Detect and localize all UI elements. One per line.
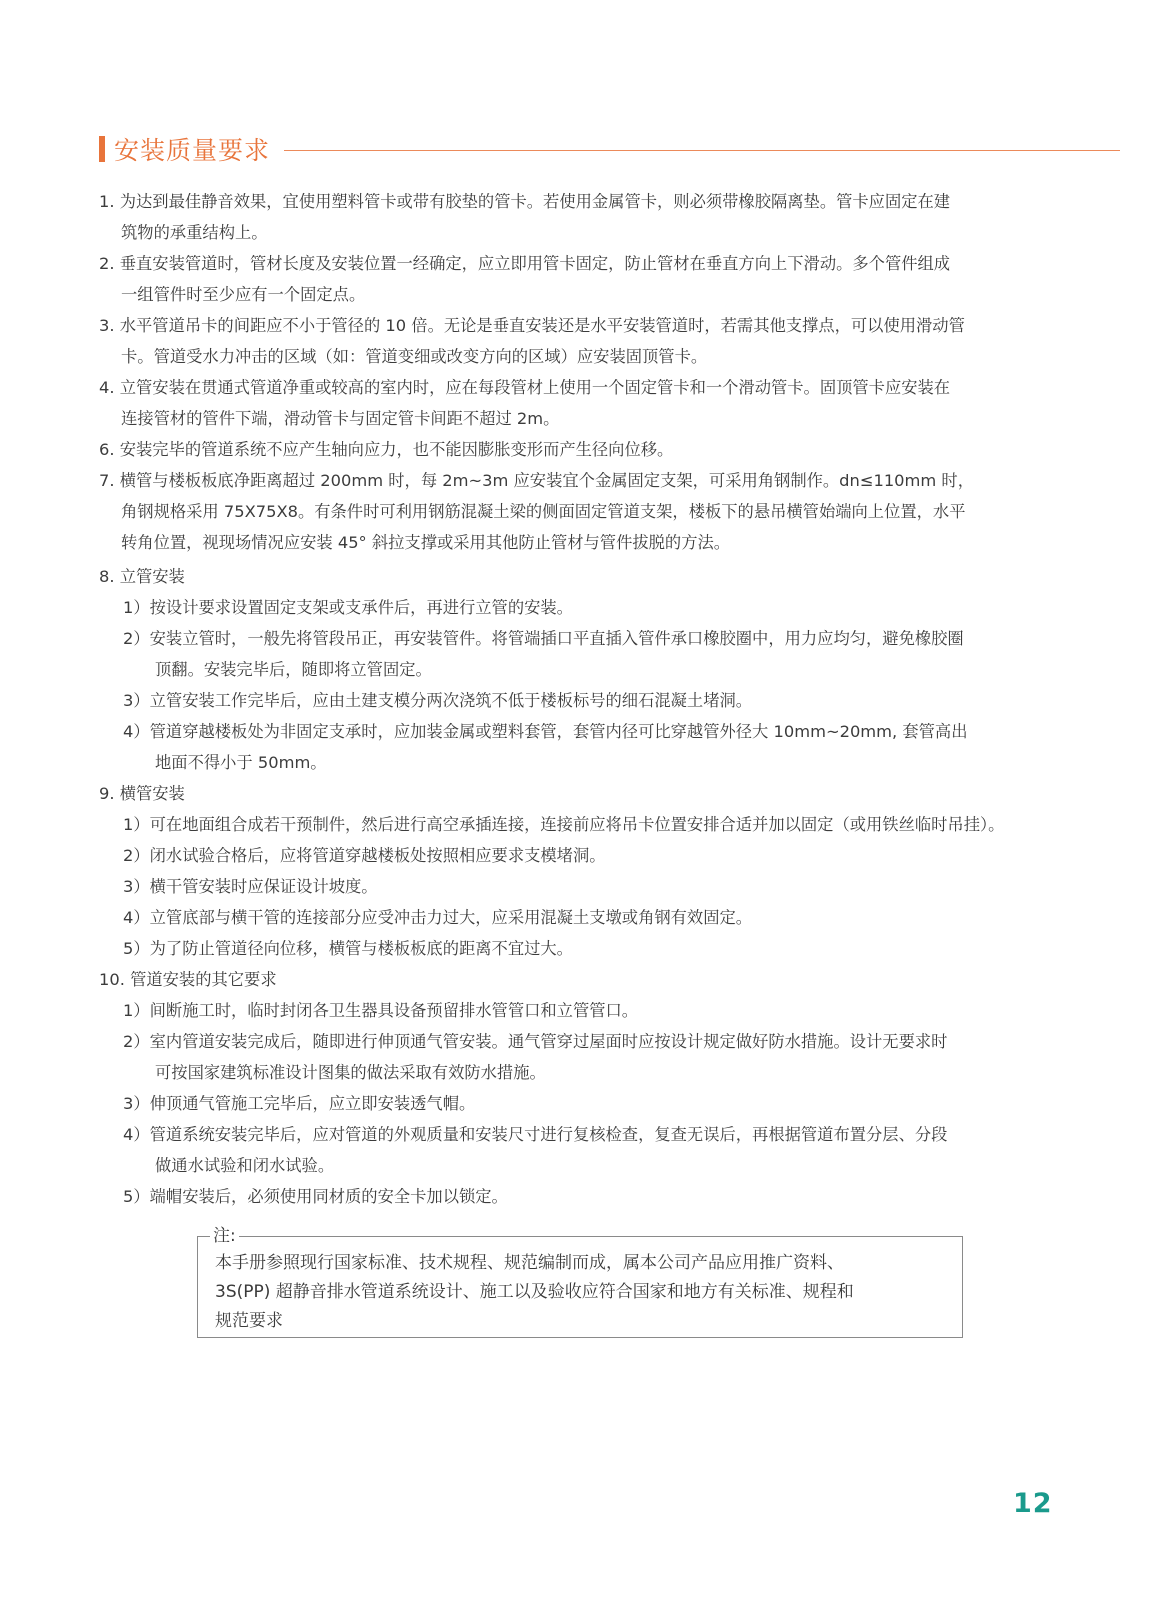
subitem-text: 地面不得小于 50mm。 <box>99 747 1099 778</box>
group-heading: 8. 立管安装 <box>99 561 1099 592</box>
item-number: 1. <box>99 192 115 211</box>
subitem-text: 2）安装立管时，一般先将管段吊正，再安装管件。将管端插口平直插入管件承口橡胶圈中… <box>99 623 1099 654</box>
subitem-text: 顶翻。安装完毕后，随即将立管固定。 <box>99 654 1099 685</box>
note-box: 注: 本手册参照现行国家标准、技术规程、规范编制而成，属本公司产品应用推广资料、… <box>197 1236 963 1338</box>
subitem-text: 可按国家建筑标准设计图集的做法采取有效防水措施。 <box>99 1057 1099 1088</box>
subitem-text: 4）立管底部与横干管的连接部分应受冲击力过大，应采用混凝土支墩或角钢有效固定。 <box>99 902 1099 933</box>
group-heading: 9. 横管安装 <box>99 778 1099 809</box>
item-text: 卡。管道受水力冲击的区域（如：管道变细或改变方向的区域）应安装固顶管卡。 <box>99 341 1099 372</box>
subitem-text: 4）管道穿越楼板处为非固定支承时，应加装金属或塑料套管，套管内径可比穿越管外径大… <box>99 716 1099 747</box>
item-text: 安装完毕的管道系统不应产生轴向应力，也不能因膨胀变形而产生径向位移。 <box>120 440 674 459</box>
subitem-text: 1）间断施工时，临时封闭各卫生器具设备预留排水管管口和立管管口。 <box>99 995 1099 1026</box>
note-line: 3S(PP) 超静音排水管道系统设计、施工以及验收应符合国家和地方有关标准、规程… <box>215 1278 965 1307</box>
item-text: 横管与楼板板底净距离超过 200mm 时，每 2m~3m 应安装宜个金属固定支架… <box>120 471 974 490</box>
item-text: 连接管材的管件下端，滑动管卡与固定管卡间距不超过 2m。 <box>99 403 1099 434</box>
list-item: 1. 为达到最佳静音效果，宜使用塑料管卡或带有胶垫的管卡。若使用金属管卡，则必须… <box>99 186 1099 248</box>
subitem-text: 3）伸顶通气管施工完毕后，应立即安装透气帽。 <box>99 1088 1099 1119</box>
section-header: 安装质量要求 <box>99 131 1120 167</box>
item-number: 4. <box>99 378 115 397</box>
note-text: 本手册参照现行国家标准、技术规程、规范编制而成，属本公司产品应用推广资料、 3S… <box>215 1249 965 1336</box>
item-text: 立管安装在贯通式管道净重或较高的室内时，应在每段管材上使用一个固定管卡和一个滑动… <box>120 378 950 397</box>
item-text: 筑物的承重结构上。 <box>99 217 1099 248</box>
subitem-text: 5）为了防止管道径向位移，横管与楼板板底的距离不宜过大。 <box>99 933 1099 964</box>
requirements-list: 1. 为达到最佳静音效果，宜使用塑料管卡或带有胶垫的管卡。若使用金属管卡，则必须… <box>99 186 1099 1212</box>
subitem-text: 3）立管安装工作完毕后，应由土建支模分两次浇筑不低于楼板标号的细石混凝土堵洞。 <box>99 685 1099 716</box>
group-other-requirements: 10. 管道安装的其它要求 1）间断施工时，临时封闭各卫生器具设备预留排水管管口… <box>99 964 1099 1212</box>
subitem-text: 2）闭水试验合格后，应将管道穿越楼板处按照相应要求支模堵洞。 <box>99 840 1099 871</box>
item-text: 角钢规格采用 75X75X8。有条件时可利用钢筋混凝土梁的侧面固定管道支架，楼板… <box>99 496 1099 527</box>
list-item: 6. 安装完毕的管道系统不应产生轴向应力，也不能因膨胀变形而产生径向位移。 <box>99 434 1099 465</box>
list-item: 2. 垂直安装管道时，管材长度及安装位置一经确定，应立即用管卡固定，防止管材在垂… <box>99 248 1099 310</box>
subitem-text: 3）横干管安装时应保证设计坡度。 <box>99 871 1099 902</box>
item-text: 水平管道吊卡的间距应不小于管径的 10 倍。无论是垂直安装还是水平安装管道时，若… <box>120 316 965 335</box>
note-label: 注: <box>210 1225 239 1247</box>
group-horizontal-pipe-installation: 9. 横管安装 1）可在地面组合成若干预制件，然后进行高空承插连接，连接前应将吊… <box>99 778 1099 964</box>
subitem-text: 1）按设计要求设置固定支架或支承件后，再进行立管的安装。 <box>99 592 1099 623</box>
group-heading: 10. 管道安装的其它要求 <box>99 964 1099 995</box>
subitem-text: 4）管道系统安装完毕后，应对管道的外观质量和安装尺寸进行复核检查，复查无误后，再… <box>99 1119 1099 1150</box>
list-item: 3. 水平管道吊卡的间距应不小于管径的 10 倍。无论是垂直安装还是水平安装管道… <box>99 310 1099 372</box>
item-text: 垂直安装管道时，管材长度及安装位置一经确定，应立即用管卡固定，防止管材在垂直方向… <box>120 254 950 273</box>
group-riser-installation: 8. 立管安装 1）按设计要求设置固定支架或支承件后，再进行立管的安装。 2）安… <box>99 561 1099 778</box>
section-title: 安装质量要求 <box>114 131 270 167</box>
note-line: 规范要求 <box>215 1307 965 1336</box>
item-number: 3. <box>99 316 115 335</box>
item-text: 一组管件时至少应有一个固定点。 <box>99 279 1099 310</box>
list-item: 4. 立管安装在贯通式管道净重或较高的室内时，应在每段管材上使用一个固定管卡和一… <box>99 372 1099 434</box>
subitem-text: 2）室内管道安装完成后，随即进行伸顶通气管安装。通气管穿过屋面时应按设计规定做好… <box>99 1026 1099 1057</box>
list-item: 7. 横管与楼板板底净距离超过 200mm 时，每 2m~3m 应安装宜个金属固… <box>99 465 1099 558</box>
item-text: 转角位置，视现场情况应安装 45° 斜拉支撑或采用其他防止管材与管件拔脱的方法。 <box>99 527 1099 558</box>
subitem-text: 1）可在地面组合成若干预制件，然后进行高空承插连接，连接前应将吊卡位置安排合适并… <box>99 809 1099 840</box>
section-accent-bar <box>99 136 105 162</box>
item-number: 7. <box>99 471 115 490</box>
item-text: 为达到最佳静音效果，宜使用塑料管卡或带有胶垫的管卡。若使用金属管卡，则必须带橡胶… <box>120 192 950 211</box>
subitem-text: 5）端帽安装后，必须使用同材质的安全卡加以锁定。 <box>99 1181 1099 1212</box>
item-number: 6. <box>99 440 115 459</box>
section-divider <box>284 150 1120 151</box>
page-number: 12 <box>1013 1488 1053 1519</box>
item-number: 2. <box>99 254 115 273</box>
subitem-text: 做通水试验和闭水试验。 <box>99 1150 1099 1181</box>
note-line: 本手册参照现行国家标准、技术规程、规范编制而成，属本公司产品应用推广资料、 <box>215 1249 965 1278</box>
